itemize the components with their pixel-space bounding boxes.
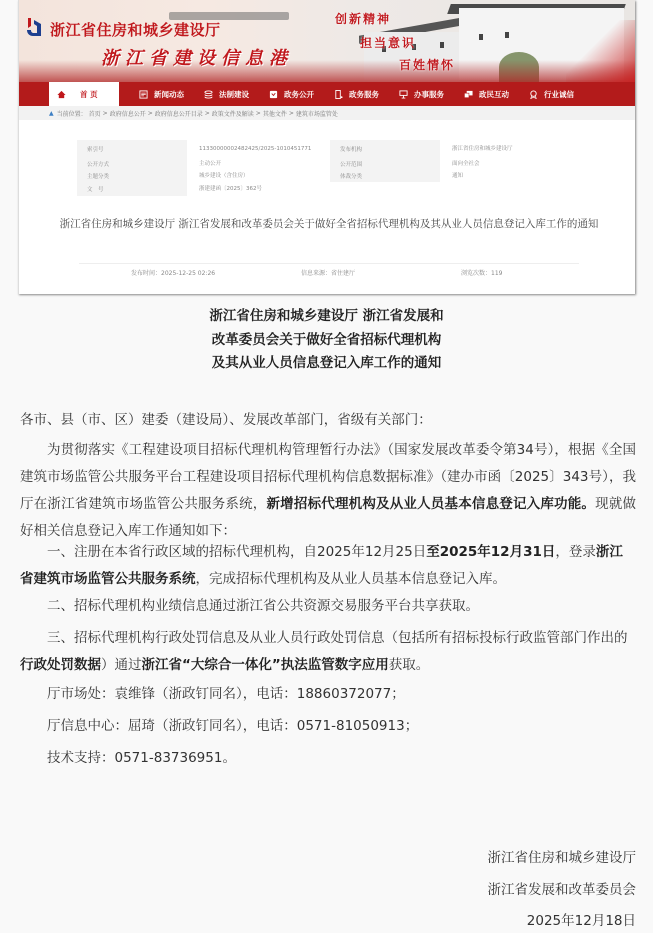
meta-label-index: 索引号 [77,140,187,158]
text: ）通过 [101,657,142,673]
publish-time-label: 发布时间： [131,270,161,277]
meta-label-publisher: 发布机构 [330,140,440,158]
meta-value-open-scope: 面向全社会 [440,158,583,170]
window-decoration [479,34,483,40]
meta-label-topic: 主题分类 [77,170,187,182]
nav-item-law[interactable]: 法制建设 [194,82,259,106]
nav-item-credit[interactable]: 行业诚信 [519,82,584,106]
slogan-2: 担当意识 [360,34,416,51]
breadcrumb-separator: > [205,110,210,117]
contact-tech-support: 技术支持：0571-83736951。 [20,745,637,772]
contact-market-dept: 厅市场处：袁维锋（浙政钉同名），电话：18860372077； [20,681,637,708]
slogan-1: 创新精神 [335,10,391,27]
nav-label: 新闻动态 [154,89,184,100]
contact-info-center: 厅信息中心：屈琦（浙政钉同名），电话：0571-81050913； [20,713,637,740]
breadcrumb-link-policy[interactable]: 政策文件及解读 [212,109,254,118]
text: ，登录 [555,544,596,560]
breadcrumb-link-home[interactable]: 首页 [89,109,101,118]
text: 一、注册在本省行政区域的招标代理机构，自2025年12月25日 [47,544,426,560]
site-org-name[interactable]: 浙江省住房和城乡建设厅 [50,19,221,40]
site-banner: 浙江省住房和城乡建设厅 浙江省建设信息港 创新精神 担当意识 百姓情怀 [19,0,635,82]
breadcrumb-link-gov-info[interactable]: 政府信息公开 [110,109,146,118]
window-decoration [505,32,509,38]
meta-value-genre: 通知 [440,170,583,182]
slogan-3: 百姓情怀 [399,56,455,73]
view-count-value: 119 [491,270,502,277]
meta-value-publisher: 浙江省住房和城乡建设厅 [440,140,583,158]
document-title-line: 及其从业人员信息登记入库工作的通知 [170,352,483,376]
nav-item-news[interactable]: 新闻动态 [129,82,194,106]
breadcrumb-link-other[interactable]: 其他文件 [263,109,287,118]
meta-value-index: 11330000002482425/2025-1010451771 [187,140,330,158]
info-source-value: 省住建厅 [331,270,355,277]
nav-item-gov-open[interactable]: 政务公开 [259,82,324,106]
document-meta-table: 索引号 11330000002482425/2025-1010451771 发布… [77,140,617,196]
office-service-icon [399,90,408,99]
nav-label: 行业诚信 [544,89,574,100]
window-decoration [440,42,444,48]
meta-value-topic: 城乡建设（含住房） [187,170,330,182]
webpage-screenshot-card: 浙江省住房和城乡建设厅 浙江省建设信息港 创新精神 担当意识 百姓情怀 首 页 … [18,0,635,294]
paragraph-item-3: 三、招标代理机构行政处罚信息及从业人员行政处罚信息（包括所有招标投标行政监管部门… [20,625,636,679]
publish-time: 发布时间：2025-12-25 02:26 [131,268,215,277]
breadcrumb-separator: > [103,110,108,117]
meta-label-genre: 体裁分类 [330,170,440,182]
paragraph-intro: 为贯彻落实《工程建设项目招标代理机构管理暂行办法》（国家发展改革委令第34号），… [20,437,636,545]
meta-row: 索引号 11330000002482425/2025-1010451771 发布… [77,140,617,158]
meta-row: 公开方式 主动公开 公开范围 面向全社会 [77,158,617,170]
meta-row: 主题分类 城乡建设（含住房） 体裁分类 通知 [77,170,617,182]
divider [79,263,579,264]
article-header-title: 浙江省住房和城乡建设厅 浙江省发展和改革委员会关于做好全省招标代理机构及其从业人… [59,216,599,232]
info-source-label: 信息来源： [301,270,331,277]
text: 三、招标代理机构行政处罚信息及从业人员行政处罚信息（包括所有招标投标行政监管部门… [47,630,628,646]
meta-label-open-scope: 公开范围 [330,158,440,170]
breadcrumb-separator: > [148,110,153,117]
breadcrumb-link-gov-info-catalog[interactable]: 政府信息公开目录 [155,109,203,118]
paragraph-item-1: 一、注册在本省行政区域的招标代理机构，自2025年12月25日至2025年12月… [20,539,636,593]
text: 获取。 [389,657,430,673]
nav-item-office-service[interactable]: 办事服务 [389,82,454,106]
meta-label-doc-no: 文 号 [77,182,187,196]
meta-value-open-mode: 主动公开 [187,158,330,170]
document-title: 浙江省住房和城乡建设厅 浙江省发展和 改革委员会关于做好全省招标代理机构 及其从… [170,305,483,376]
bold-text: 至2025年12月31日 [426,544,555,560]
interaction-icon [464,90,473,99]
text: ，完成招标代理机构及从业人员基本信息登记入库。 [196,571,507,587]
gov-open-icon [269,90,278,99]
bold-text: 行政处罚数据 [20,657,101,673]
paragraph-item-2: 二、招标代理机构业绩信息通过浙江省公共资源交易服务平台共享获取。 [20,593,637,620]
view-count-label: 浏览次数： [461,270,491,277]
salutation: 各市、县（市、区）建委（建设局）、发展改革部门，省级有关部门： [20,407,637,434]
view-count: 浏览次数：119 [461,268,502,277]
law-icon [204,90,213,99]
site-portal-name: 浙江省建设信息港 [101,44,293,70]
breadcrumb-prefix: 当前位置： [57,109,87,118]
breadcrumb: ▲ 当前位置： 首页 > 政府信息公开 > 政府信息公开目录 > 政策文件及解读… [19,106,635,120]
nav-label: 政民互动 [479,89,509,100]
meta-label-open-mode: 公开方式 [77,158,187,170]
signatory-2: 浙江省发展和改革委员会 [488,878,637,898]
credit-icon [529,90,538,99]
signatory-1: 浙江省住房和城乡建设厅 [488,846,637,866]
nav-label: 政务服务 [349,89,379,100]
news-icon [139,90,148,99]
bold-text: 新增招标代理机构及从业人员基本信息登记入库功能。 [266,496,595,512]
bold-text: 浙江省“大综合一体化”执法监管数字应用 [142,657,389,673]
home-icon [57,90,66,99]
banner-red-accent [566,20,635,82]
site-logo-icon[interactable] [25,16,43,38]
nav-item-home[interactable]: 首 页 [49,82,119,106]
document-title-line: 浙江省住房和城乡建设厅 浙江省发展和 [170,305,483,329]
nav-item-interaction[interactable]: 政民互动 [454,82,519,106]
nav-label: 法制建设 [219,89,249,100]
location-icon: ▲ [49,110,54,117]
meta-row: 文 号 浙建建函〔2025〕362号 [77,182,617,196]
nav-item-gov-service[interactable]: 政务服务 [324,82,389,106]
publish-time-value: 2025-12-25 02:26 [161,270,215,277]
document-date: 2025年12月18日 [527,909,636,929]
breadcrumb-separator: > [256,110,261,117]
nav-label: 办事服务 [414,89,444,100]
nav-label: 政务公开 [284,89,314,100]
info-source: 信息来源：省住建厅 [301,268,355,277]
meta-value-doc-no: 浙建建函〔2025〕362号 [187,182,330,196]
document-title-line: 改革委员会关于做好全省招标代理机构 [170,329,483,353]
main-navbar: 首 页 新闻动态 法制建设 政务公开 政务服务 [19,82,635,106]
breadcrumb-link-market-dept[interactable]: 建筑市场监管处 [296,109,338,118]
nav-label: 首 页 [80,89,98,100]
breadcrumb-separator: > [289,110,294,117]
gov-service-icon [334,90,343,99]
